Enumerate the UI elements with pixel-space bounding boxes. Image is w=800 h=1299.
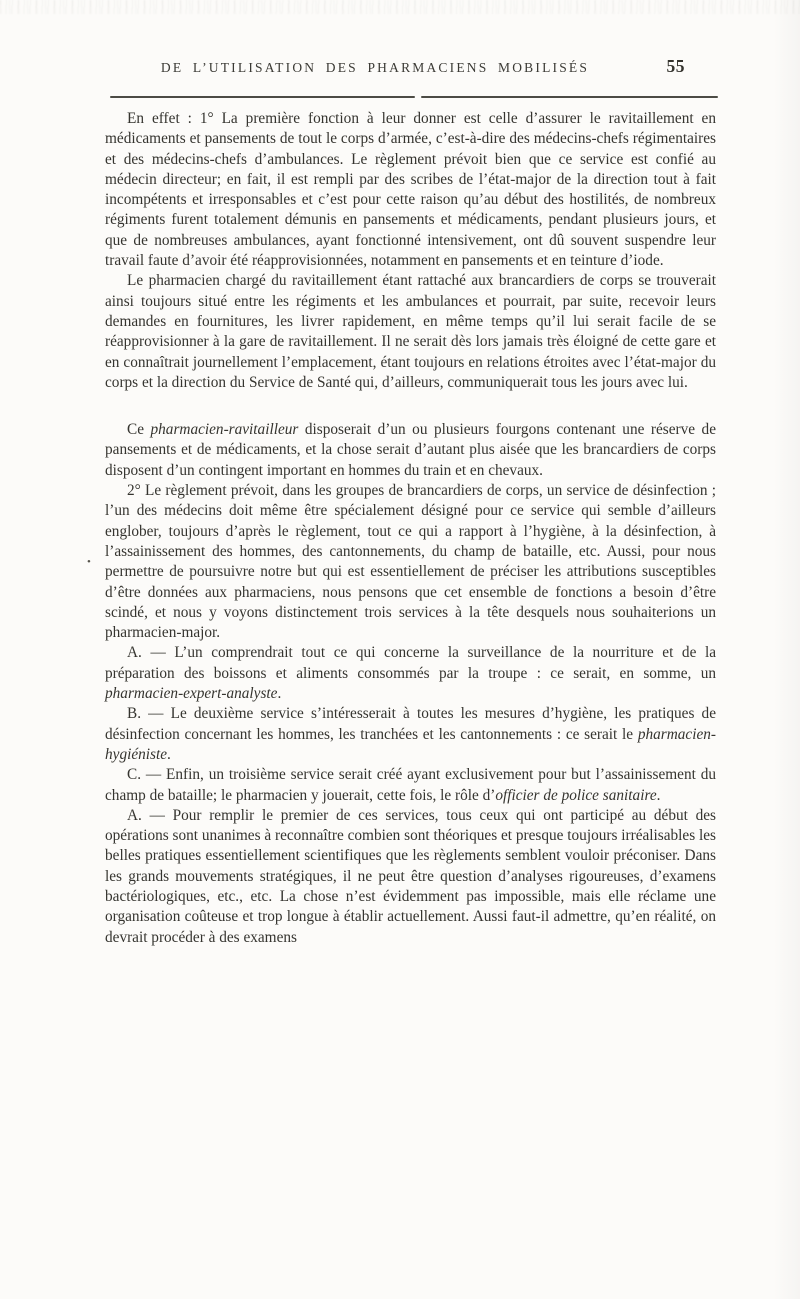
header-rule-left-segment	[110, 96, 415, 98]
header-rule-right-segment	[421, 96, 718, 98]
italic-term: officier de police sanitaire	[495, 787, 656, 804]
italic-term: pharmacien-ravitailleur	[151, 421, 299, 438]
paragraph: C. — Enfin, un troisième service serait …	[105, 765, 716, 806]
paragraph: Le pharmacien chargé du ravitaillement é…	[105, 271, 716, 393]
header-rule	[110, 96, 718, 98]
text-segment: .	[167, 746, 171, 763]
scan-noise-texture	[0, 0, 800, 14]
italic-term: pharmacien-expert-analyste	[105, 685, 277, 702]
text-segment: Ce	[127, 421, 151, 438]
margin-dot-artifact: •	[87, 556, 91, 568]
paragraph: A. — L’un comprendrait tout ce qui conce…	[105, 643, 716, 704]
paragraph: Ce pharmacien-ravitailleur disposerait d…	[105, 420, 716, 481]
text-segment: .	[657, 787, 661, 804]
scan-edge-shading	[774, 0, 800, 1299]
page-body: En effet : 1° La première fonction à leu…	[105, 109, 716, 948]
paragraph: A. — Pour remplir le premier de ces serv…	[105, 806, 716, 948]
text-segment: A. — Pour remplir le premier de ces serv…	[105, 807, 716, 946]
text-segment: En effet : 1° La première fonction à leu…	[105, 110, 716, 269]
text-segment: Le pharmacien chargé du ravitaillement é…	[105, 272, 716, 390]
page-number: 55	[667, 56, 686, 77]
running-title: DE L’UTILISATION DES PHARMACIENS MOBILIS…	[105, 60, 645, 76]
text-segment: B. — Le deuxième service s’intéresserait…	[105, 705, 716, 742]
text-segment: 2° Le règlement prévoit, dans les groupe…	[105, 482, 716, 641]
page-header: DE L’UTILISATION DES PHARMACIENS MOBILIS…	[105, 60, 715, 84]
paragraph: 2° Le règlement prévoit, dans les groupe…	[105, 481, 716, 643]
text-segment: A. — L’un comprendrait tout ce qui conce…	[105, 644, 716, 681]
paragraph: B. — Le deuxième service s’intéresserait…	[105, 704, 716, 765]
scanned-book-page: DE L’UTILISATION DES PHARMACIENS MOBILIS…	[0, 0, 800, 1299]
text-segment: .	[277, 685, 281, 702]
paragraph: En effet : 1° La première fonction à leu…	[105, 109, 716, 271]
